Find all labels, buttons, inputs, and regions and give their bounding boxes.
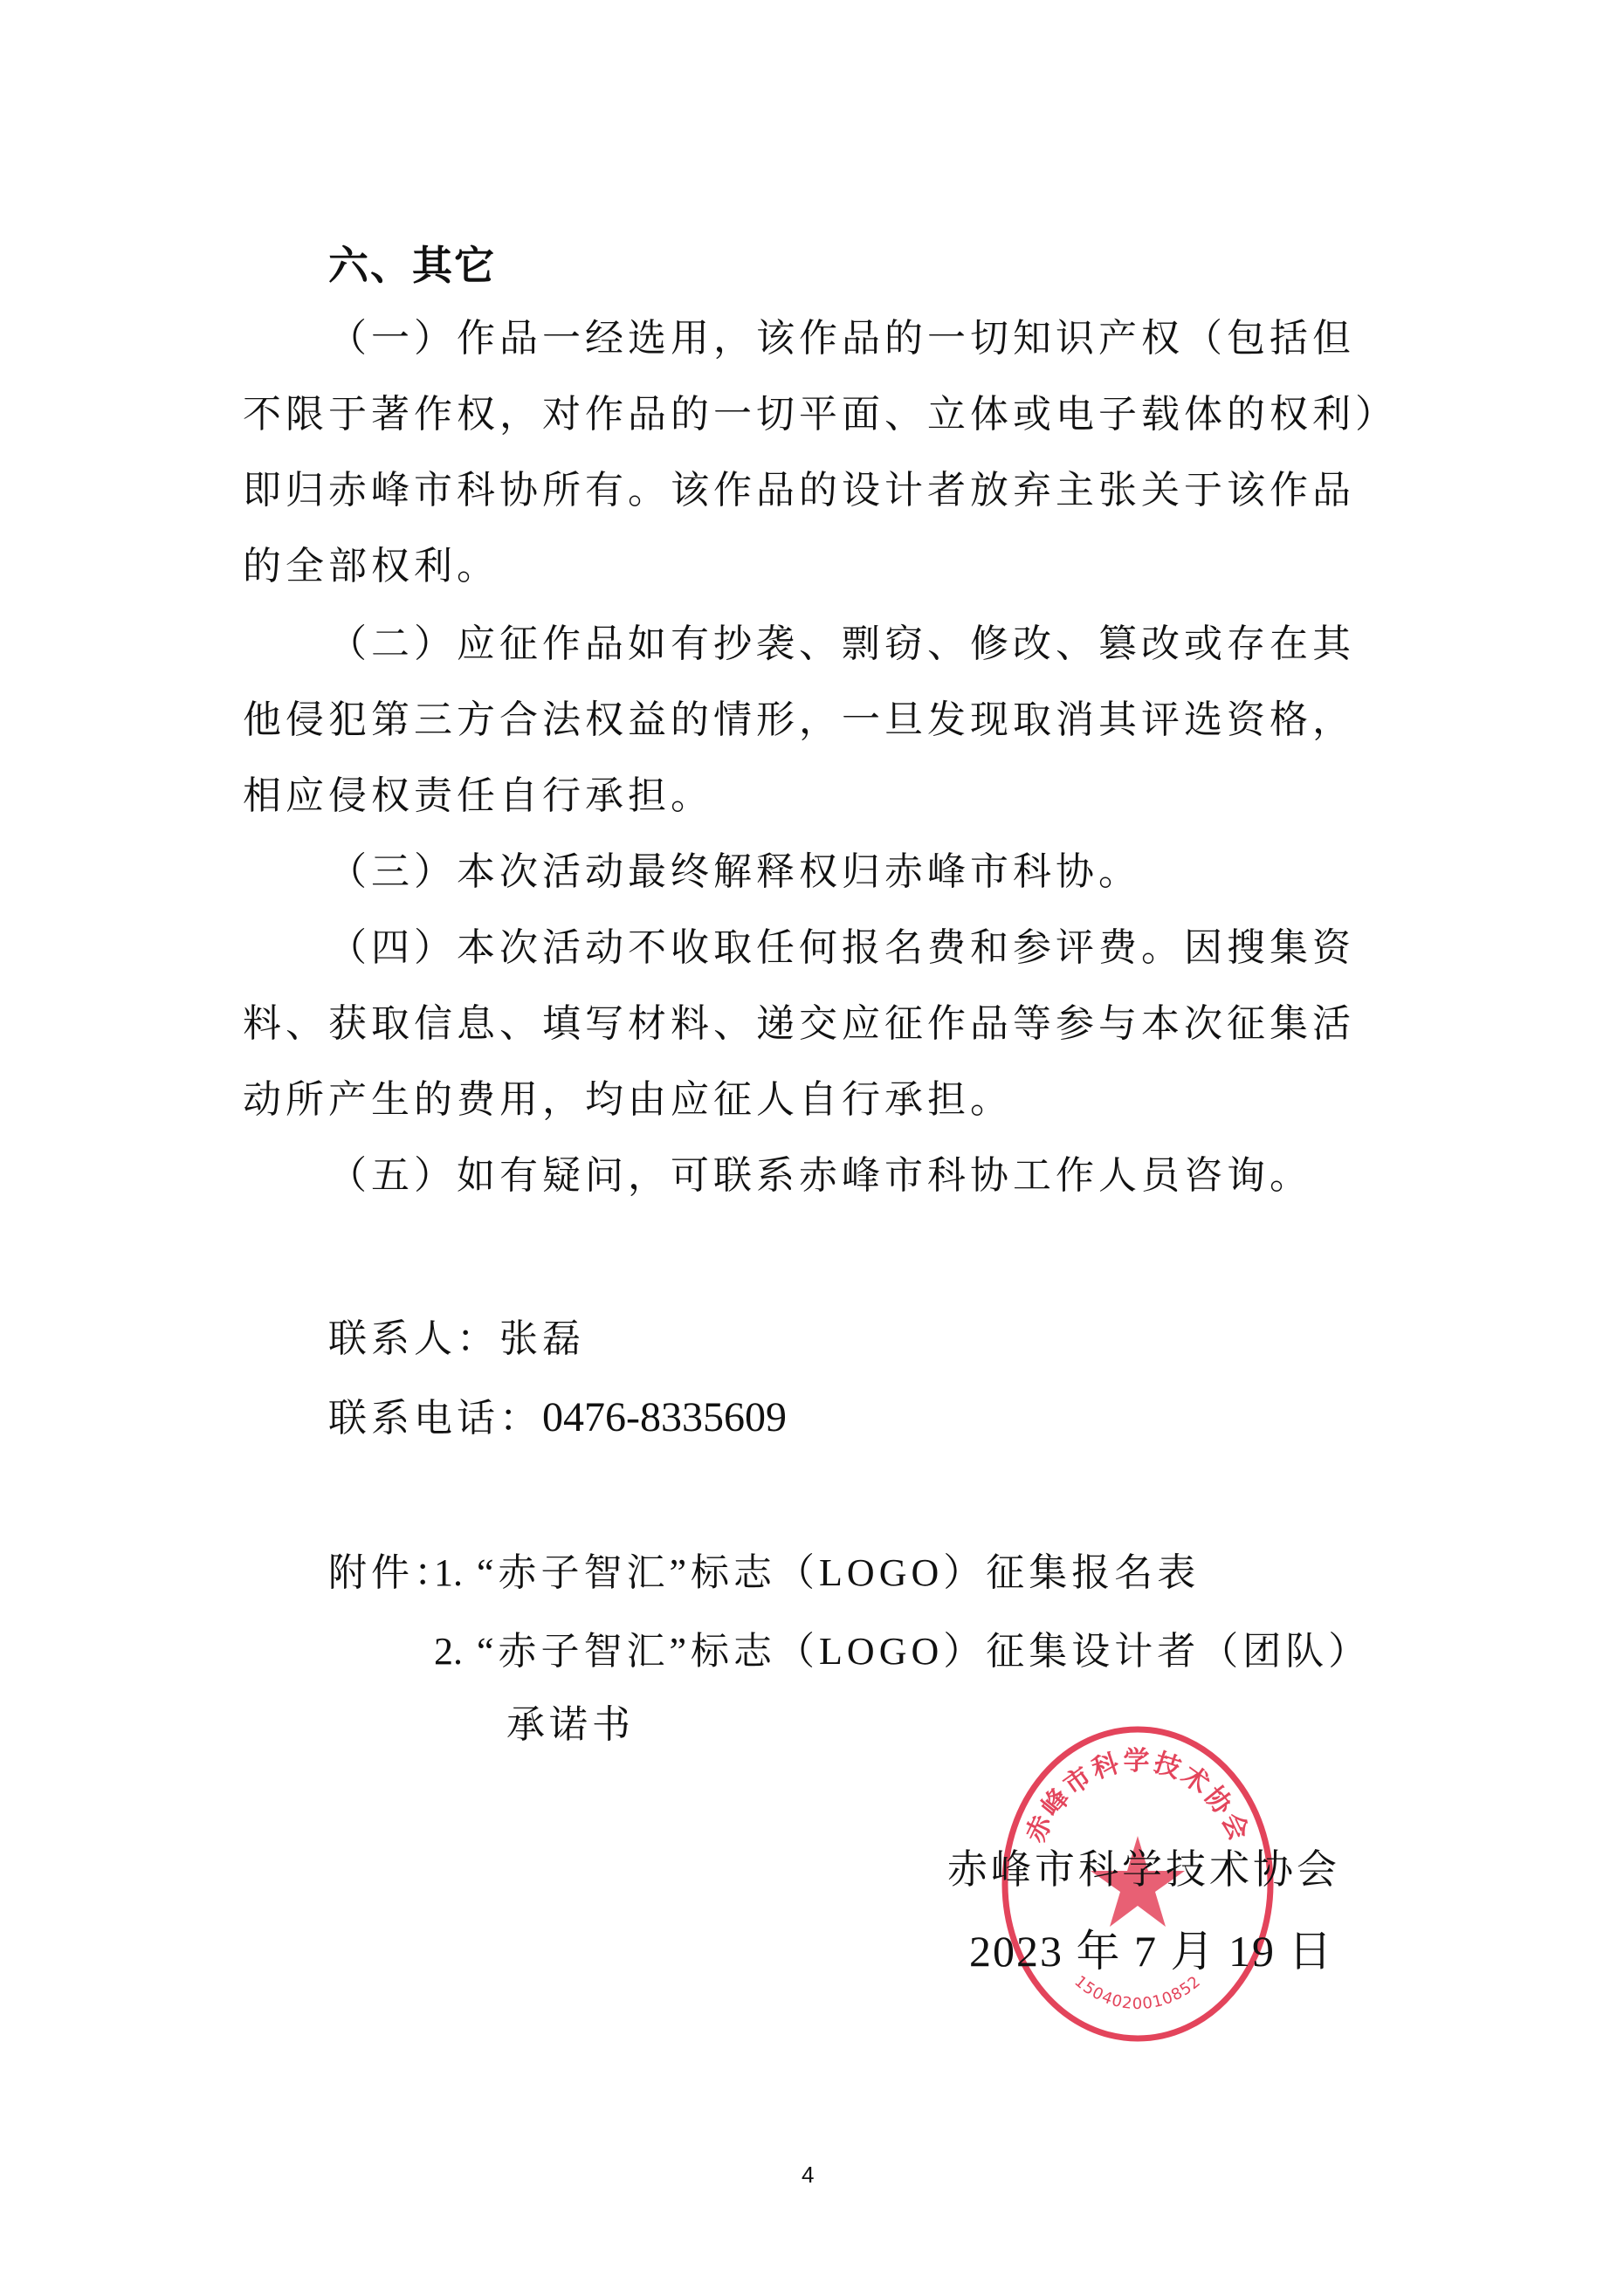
page-number: 4 xyxy=(802,2162,814,2189)
signature-date: 2023 年 7 月 19 日 xyxy=(969,1928,1334,1975)
document-page: 六、其它 （一）作品一经选用，该作品的一切知识产权（包括但 不限于著作权，对作品… xyxy=(0,0,1624,2296)
attachment-2-title: “赤子智汇”标志（LOGO）征集设计者（团队） xyxy=(477,1630,1371,1673)
contact-person-label: 联系人： xyxy=(328,1317,499,1360)
attachment-item-2: 2. “赤子智汇”标志（LOGO）征集设计者（团队） xyxy=(434,1629,1371,1674)
signature-organization: 赤峰市科学技术协会 xyxy=(947,1846,1340,1894)
contact-person-name: 张磊 xyxy=(499,1317,585,1360)
contact-phone-number: 0476-8335609 xyxy=(542,1394,787,1440)
paragraph-1-line-1: （一）作品一经选用，该作品的一切知识产权（包括但 xyxy=(328,316,1355,361)
section-heading: 六、其它 xyxy=(328,241,496,290)
paragraph-4-line-3: 动所产生的费用，均由应征人自行承担。 xyxy=(243,1077,1013,1123)
paragraph-2-line-1: （二）应征作品如有抄袭、剽窃、修改、篡改或存在其 xyxy=(328,622,1355,667)
paragraph-4-line-1: （四）本次活动不收取任何报名费和参评费。因搜集资 xyxy=(328,925,1355,971)
attachment-1-title: “赤子智汇”标志（LOGO）征集报名表 xyxy=(477,1551,1200,1594)
contact-phone-label: 联系电话： xyxy=(328,1397,542,1440)
attachment-1-number: 1. xyxy=(434,1551,463,1594)
attachment-item-2-continuation: 承诺书 xyxy=(506,1702,635,1748)
paragraph-2-line-3: 相应侵权责任自行承担。 xyxy=(243,773,713,819)
paragraph-3-line-1: （三）本次活动最终解释权归赤峰市科协。 xyxy=(328,849,1141,895)
paragraph-5-line-1: （五）如有疑问，可联系赤峰市科协工作人员咨询。 xyxy=(328,1153,1312,1199)
seal-code: 1504020010852 xyxy=(1070,1972,1204,2013)
svg-text:1504020010852: 1504020010852 xyxy=(1070,1972,1204,2013)
attachment-2-number: 2. xyxy=(434,1630,463,1673)
attachment-item-1: 1. “赤子智汇”标志（LOGO）征集报名表 xyxy=(434,1550,1200,1596)
paragraph-1-line-3: 即归赤峰市科协所有。该作品的设计者放弃主张关于该作品 xyxy=(243,468,1355,513)
paragraph-1-line-4: 的全部权利。 xyxy=(243,544,499,589)
paragraph-4-line-2: 料、获取信息、填写材料、递交应征作品等参与本次征集活 xyxy=(243,1001,1355,1047)
paragraph-2-line-2: 他侵犯第三方合法权益的情形，一旦发现取消其评选资格， xyxy=(243,698,1355,743)
contact-phone: 联系电话：0476-8335609 xyxy=(328,1395,787,1441)
contact-person: 联系人：张磊 xyxy=(328,1316,585,1362)
paragraph-1-line-2: 不限于著作权，对作品的一切平面、立体或电子载体的权利） xyxy=(243,392,1398,437)
